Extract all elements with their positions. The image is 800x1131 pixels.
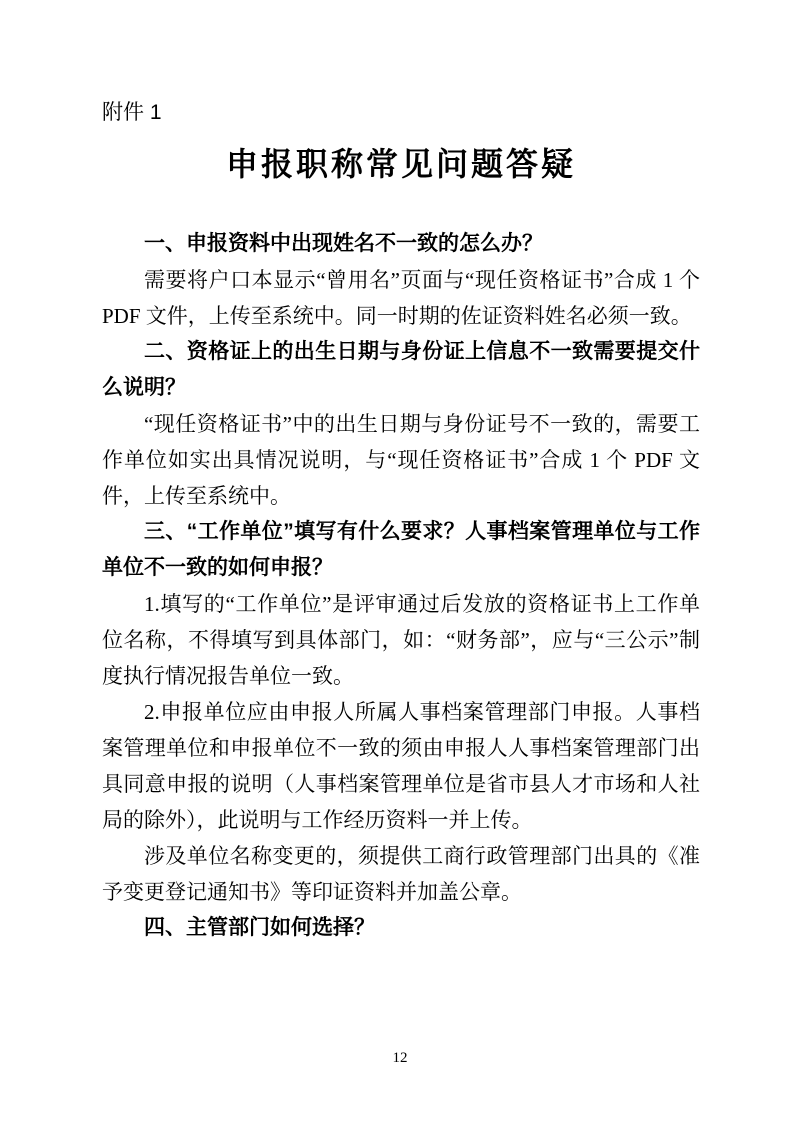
answer-paragraph: 涉及单位名称变更的，须提供工商行政管理部门出具的《准予变更登记通知书》等印证资料… <box>102 838 700 910</box>
document-page: 附件 1 申报职称常见问题答疑 一、申报资料中出现姓名不一致的怎么办？ 需要将户… <box>0 0 800 1131</box>
question-heading-4: 四、主管部门如何选择？ <box>102 910 700 946</box>
question-heading-1: 一、申报资料中出现姓名不一致的怎么办？ <box>102 226 700 262</box>
answer-paragraph: 需要将户口本显示“曾用名”页面与“现任资格证书”合成 1 个 PDF 文件，上传… <box>102 262 700 334</box>
qa-section-3: 三、“工作单位”填写有什么要求？人事档案管理单位与工作单位不一致的如何申报？ 1… <box>102 514 700 910</box>
qa-section-1: 一、申报资料中出现姓名不一致的怎么办？ 需要将户口本显示“曾用名”页面与“现任资… <box>102 226 700 334</box>
attachment-label: 附件 1 <box>102 98 700 128</box>
answer-paragraph: “现任资格证书”中的出生日期与身份证号不一致的，需要工作单位如实出具情况说明，与… <box>102 406 700 514</box>
question-heading-3: 三、“工作单位”填写有什么要求？人事档案管理单位与工作单位不一致的如何申报？ <box>102 514 700 586</box>
page-title: 申报职称常见问题答疑 <box>102 142 700 186</box>
qa-section-2: 二、资格证上的出生日期与身份证上信息不一致需要提交什么说明？ “现任资格证书”中… <box>102 334 700 514</box>
document-body: 一、申报资料中出现姓名不一致的怎么办？ 需要将户口本显示“曾用名”页面与“现任资… <box>102 226 700 946</box>
answer-paragraph: 2.申报单位应由申报人所属人事档案管理部门申报。人事档案管理单位和申报单位不一致… <box>102 694 700 838</box>
question-heading-2: 二、资格证上的出生日期与身份证上信息不一致需要提交什么说明？ <box>102 334 700 406</box>
qa-section-4: 四、主管部门如何选择？ <box>102 910 700 946</box>
answer-paragraph: 1.填写的“工作单位”是评审通过后发放的资格证书上工作单位名称，不得填写到具体部… <box>102 586 700 694</box>
page-number: 12 <box>0 1049 800 1067</box>
